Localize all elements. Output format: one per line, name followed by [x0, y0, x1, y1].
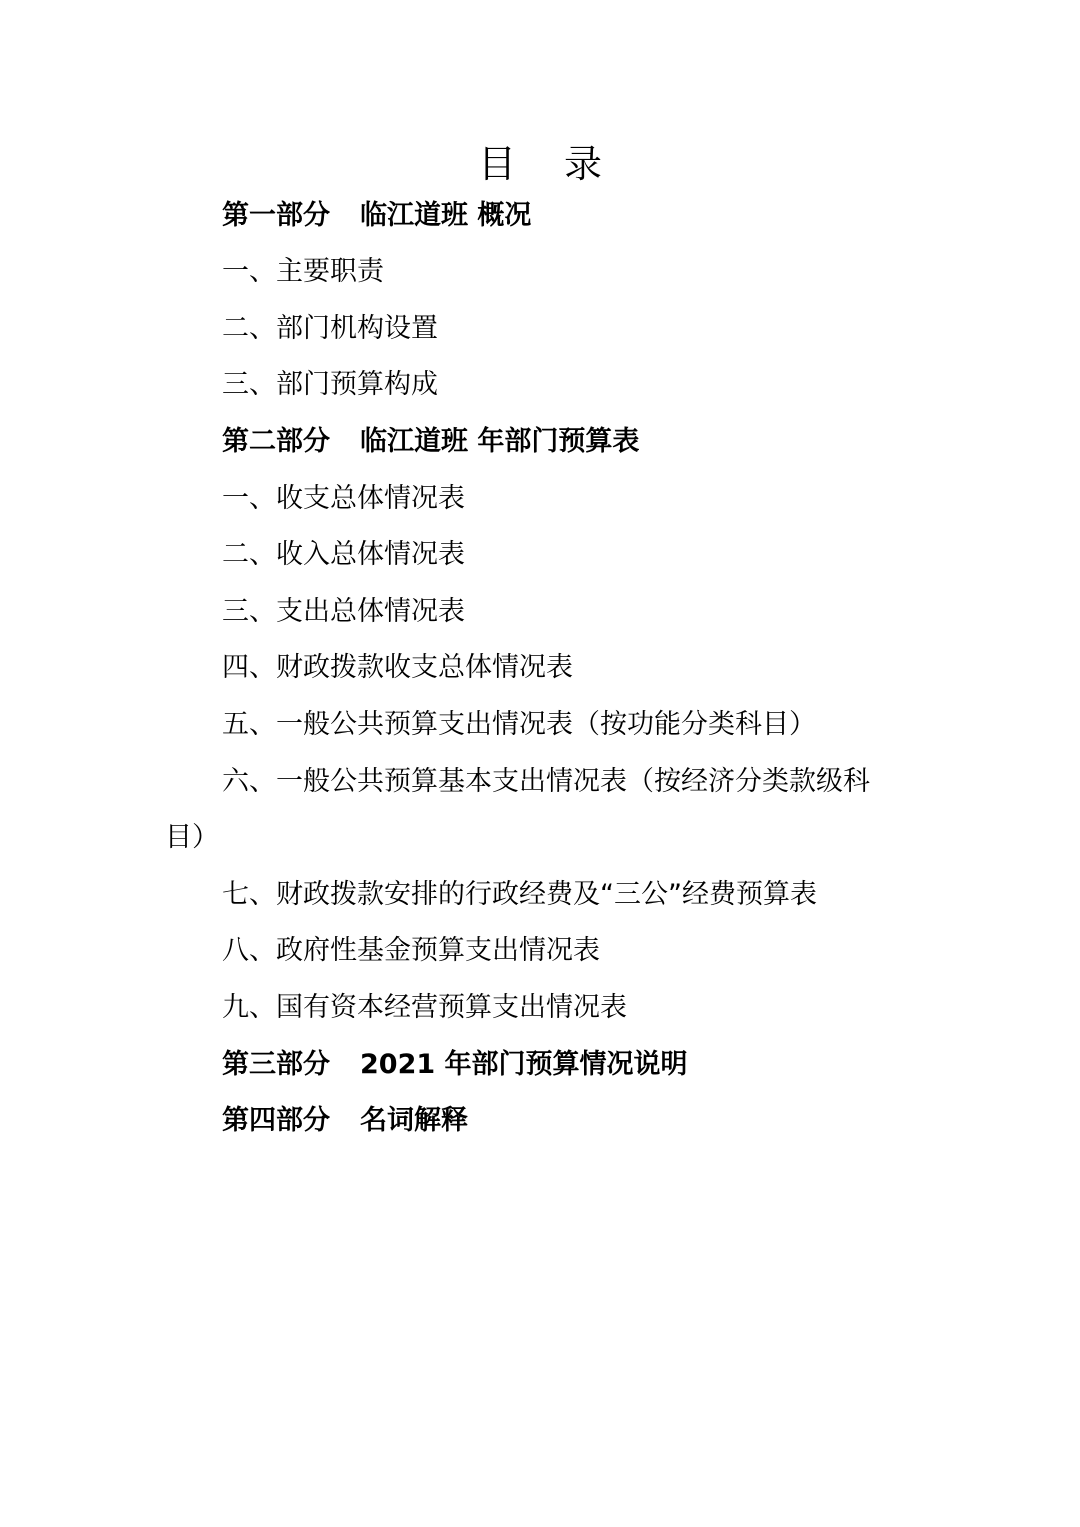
toc-part-4[interactable]: 第四部分名词解释: [222, 1101, 468, 1141]
toc-item[interactable]: 五、一般公共预算支出情况表（按功能分类科目）: [222, 705, 816, 745]
toc-part-2[interactable]: 第二部分临江道班 年部门预算表: [222, 422, 639, 462]
toc-item[interactable]: 二、收入总体情况表: [222, 535, 465, 575]
toc-item[interactable]: 三、部门预算构成: [222, 365, 438, 405]
toc-part-3[interactable]: 第三部分2021 年部门预算情况说明: [222, 1045, 688, 1085]
part-text: 临江道班 年部门预算表: [360, 426, 639, 457]
toc-item[interactable]: 一、主要职责: [222, 252, 384, 292]
toc-item[interactable]: 四、财政拨款收支总体情况表: [222, 648, 573, 688]
part-text: 名词解释: [360, 1105, 468, 1136]
part-label: 第四部分: [222, 1105, 330, 1136]
part-text: 临江道班 概况: [360, 200, 531, 231]
toc-item-continuation[interactable]: 目）: [165, 818, 219, 858]
toc-part-1[interactable]: 第一部分临江道班 概况: [222, 196, 531, 236]
part-label: 第三部分: [222, 1049, 330, 1080]
toc-item[interactable]: 三、支出总体情况表: [222, 592, 465, 632]
toc-item[interactable]: 七、财政拨款安排的行政经费及“三公”经费预算表: [222, 875, 817, 915]
part-text: 2021 年部门预算情况说明: [360, 1049, 688, 1080]
toc-item[interactable]: 一、收支总体情况表: [222, 479, 465, 519]
toc-title: 目 录: [0, 133, 1080, 188]
toc-item[interactable]: 六、一般公共预算基本支出情况表（按经济分类款级科: [222, 762, 870, 802]
toc-item[interactable]: 二、部门机构设置: [222, 309, 438, 349]
part-label: 第一部分: [222, 200, 330, 231]
toc-item[interactable]: 八、政府性基金预算支出情况表: [222, 931, 600, 971]
part-label: 第二部分: [222, 426, 330, 457]
toc-item[interactable]: 九、国有资本经营预算支出情况表: [222, 988, 627, 1028]
